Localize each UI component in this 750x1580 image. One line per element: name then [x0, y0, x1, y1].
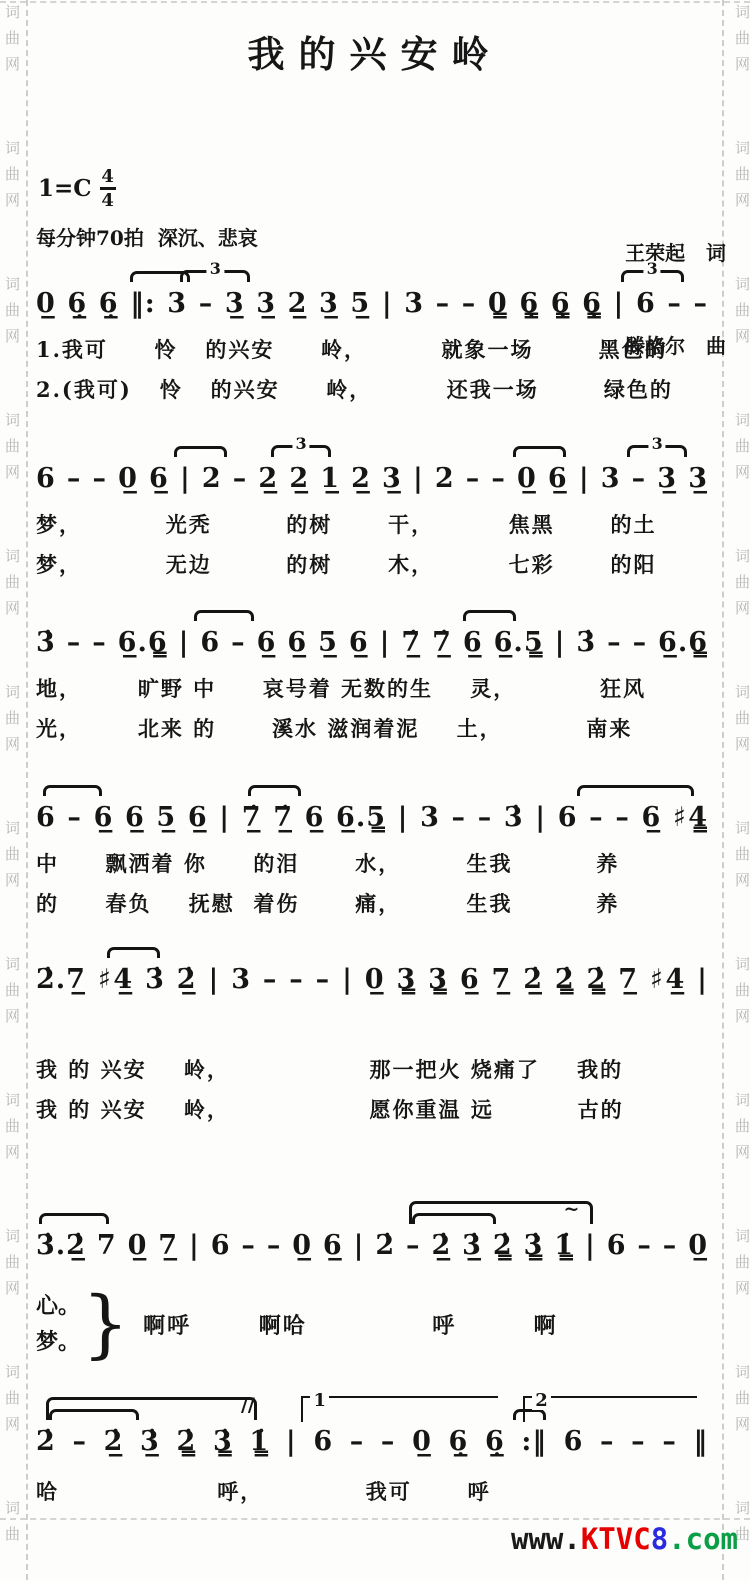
text-mark: ~ [564, 1200, 580, 1218]
slur-mark [577, 785, 694, 796]
site-logo-part: 8 [651, 1522, 668, 1556]
notation-line: 0̲ 6̣̲ 6̣̲ ‖: 3 – 3̲ 3̲ 2̲ 3̲ 5̲ | 3 – –… [36, 284, 708, 330]
slur-mark [174, 446, 227, 457]
lyric-line: 梦， 无边 的树 木， 七彩 的阳 [36, 545, 708, 585]
volta-mark: 1 [301, 1396, 498, 1422]
watermark-dashed-line-top [0, 1, 750, 3]
ornament-layer [36, 766, 708, 798]
lyric-line: 地， 旷野 中 哀号着 无数的生 灵， 狂风 [36, 669, 708, 709]
meter-numerator: 4 [101, 168, 114, 185]
triplet-mark: 3 [271, 445, 331, 457]
mark-label: 3 [649, 436, 666, 452]
music-system: 6 – 6̲ 6̲ 5̲ 6̲ | 7̲̇ 7̲̇ 6̲ 6̲.5̳ | 3 –… [36, 766, 708, 924]
key-tonic: 1=C [38, 175, 92, 202]
ornament-layer [36, 591, 708, 623]
verse-endings: 心。梦。 [36, 1288, 80, 1360]
slur-mark [194, 610, 254, 621]
triplet-mark: 3 [621, 270, 684, 282]
verse-ending: 梦。 [36, 1324, 80, 1360]
mark-label: 2 [532, 1392, 551, 1410]
watermark-column-right: 词曲网 词曲网 词曲网 词曲网 词曲网 词曲网 词曲网 词曲网 词曲网 词曲网 … [732, 4, 750, 1580]
music-system: 330̲ 6̣̲ 6̣̲ ‖: 3 – 3̲ 3̲ 2̲ 3̲ 5̲ | 3 –… [36, 252, 708, 410]
ornament-layer: ~ [36, 1180, 708, 1226]
verse-ending: 心。 [36, 1288, 80, 1324]
ornament-layer: //12 [36, 1378, 708, 1422]
lyric-line: 1.我可 怜 的兴安 岭， 就象一场 黑色的 [36, 330, 708, 370]
lyric-line: 中 飘洒着 你 的泪 水， 生我 养 [36, 844, 708, 884]
watermark-dashed-line-bottom [0, 1518, 750, 1520]
music-system: 336 – – 0̲ 6̲ | 2 – 2̲ 2̲ 1̲ 2̲ 3̲ | 2 –… [36, 427, 708, 585]
volta-mark: 2 [523, 1396, 696, 1422]
notation-line: 2̇ – 2̲̇ 3̲̇ 2̳̇ 3̳̇ 1̳̇ | 6 – – 0̲ 6̣̲ … [36, 1422, 708, 1468]
lyric-line: 哈 呼， 我可 呼 [36, 1472, 708, 1512]
notation-line: 3̇.2̲̇ 7 0̲ 7̲ | 6 – – 0̲ 6̲ | 2̇ – 2̲̇ … [36, 1226, 708, 1272]
ornament-layer: 33 [36, 252, 708, 284]
notation-line: 6 – 6̲ 6̲ 5̲ 6̲ | 7̲̇ 7̲̇ 6̲ 6̲.5̳ | 3 –… [36, 798, 708, 844]
tempo-marking: 每分钟70拍 深沉、悲哀 [36, 222, 258, 251]
music-system: ~3̇.2̲̇ 7 0̲ 7̲ | 6 – – 0̲ 6̲ | 2̇ – 2̲̇… [36, 1180, 708, 1360]
watermark-column-left: 词曲网 词曲网 词曲网 词曲网 词曲网 词曲网 词曲网 词曲网 词曲网 词曲网 … [2, 4, 22, 1580]
music-system: 2̇.7̲ ♯4̲ 3̇ 2̲̇ | 3 – – – | 0̲ 3̳ 3̳ 6̲… [36, 928, 708, 1130]
music-system: //122̇ – 2̲̇ 3̲̇ 2̳̇ 3̳̇ 1̳̇ | 6 – – 0̲ … [36, 1378, 708, 1512]
mark-label: 3 [207, 261, 224, 277]
music-system: 3̇ – – 6̲.6̳ | 6 – 6̲ 6̲ 5̲ 6̲ | 7̲̇ 7̲̇… [36, 591, 708, 749]
lyric-brace-row: 心。梦。}啊呼 啊哈 呼 啊 [36, 1288, 708, 1360]
brace: } [82, 1289, 129, 1359]
time-signature: 4 4 [100, 168, 116, 209]
lyric-line: 光， 北来 的 溪水 滋润着泥 土， 南来 [36, 709, 708, 749]
ornament-layer [36, 928, 708, 960]
slur-mark [43, 785, 103, 796]
triplet-mark: 3 [180, 270, 250, 282]
notation-line: 2̇.7̲ ♯4̲ 3̇ 2̲̇ | 3 – – – | 0̲ 3̳ 3̳ 6̲… [36, 960, 708, 1006]
shared-lyric: 啊呼 啊哈 呼 啊 [143, 1309, 557, 1340]
slur-mark [463, 610, 516, 621]
ornament-layer: 33 [36, 427, 708, 459]
site-logo: www.KTVC8.com [511, 1522, 738, 1556]
slur-mark [513, 446, 566, 457]
site-logo-part: KTVC [581, 1522, 651, 1556]
slur-mark [39, 1213, 109, 1224]
watermark-dashed-line-left [26, 0, 28, 1580]
key-signature: 1=C 4 4 [38, 168, 116, 209]
mark-label: 1 [310, 1392, 329, 1410]
notation-line: 3̇ – – 6̲.6̳ | 6 – 6̲ 6̲ 5̲ 6̲ | 7̲̇ 7̲̇… [36, 623, 708, 669]
site-logo-part: .com [668, 1522, 738, 1556]
meter-denominator: 4 [101, 192, 114, 209]
sheet-music-page: 词曲网 词曲网 词曲网 词曲网 词曲网 词曲网 词曲网 词曲网 词曲网 词曲网 … [0, 0, 750, 1580]
lyric-line: 梦， 光秃 的树 干， 焦黑 的土 [36, 505, 708, 545]
notation-line: 6 – – 0̲ 6̲ | 2 – 2̲ 2̲ 1̲ 2̲ 3̲ | 2 – –… [36, 459, 708, 505]
slur-mark [248, 785, 301, 796]
slur-mark [49, 1409, 139, 1420]
slur-mark [412, 1213, 495, 1224]
lyric-line: 2.(我可) 怜 的兴安 岭， 还我一场 绿色的 [36, 370, 708, 410]
site-logo-part: www. [511, 1522, 581, 1556]
triplet-mark: 3 [627, 445, 687, 457]
text-mark: // [241, 1396, 255, 1414]
lyric-line: 的 春负 抚慰 着伤 痛， 生我 养 [36, 884, 708, 924]
mark-label: 3 [644, 261, 661, 277]
lyric-line: 我 的 兴安 岭， 愿你重温 远 古的 [36, 1090, 708, 1130]
slur-mark [107, 947, 160, 958]
lyric-line: 我 的 兴安 岭， 那一把火 烧痛了 我的 [36, 1050, 708, 1090]
page-title: 我的兴安岭 [0, 24, 750, 78]
mark-label: 3 [292, 436, 309, 452]
